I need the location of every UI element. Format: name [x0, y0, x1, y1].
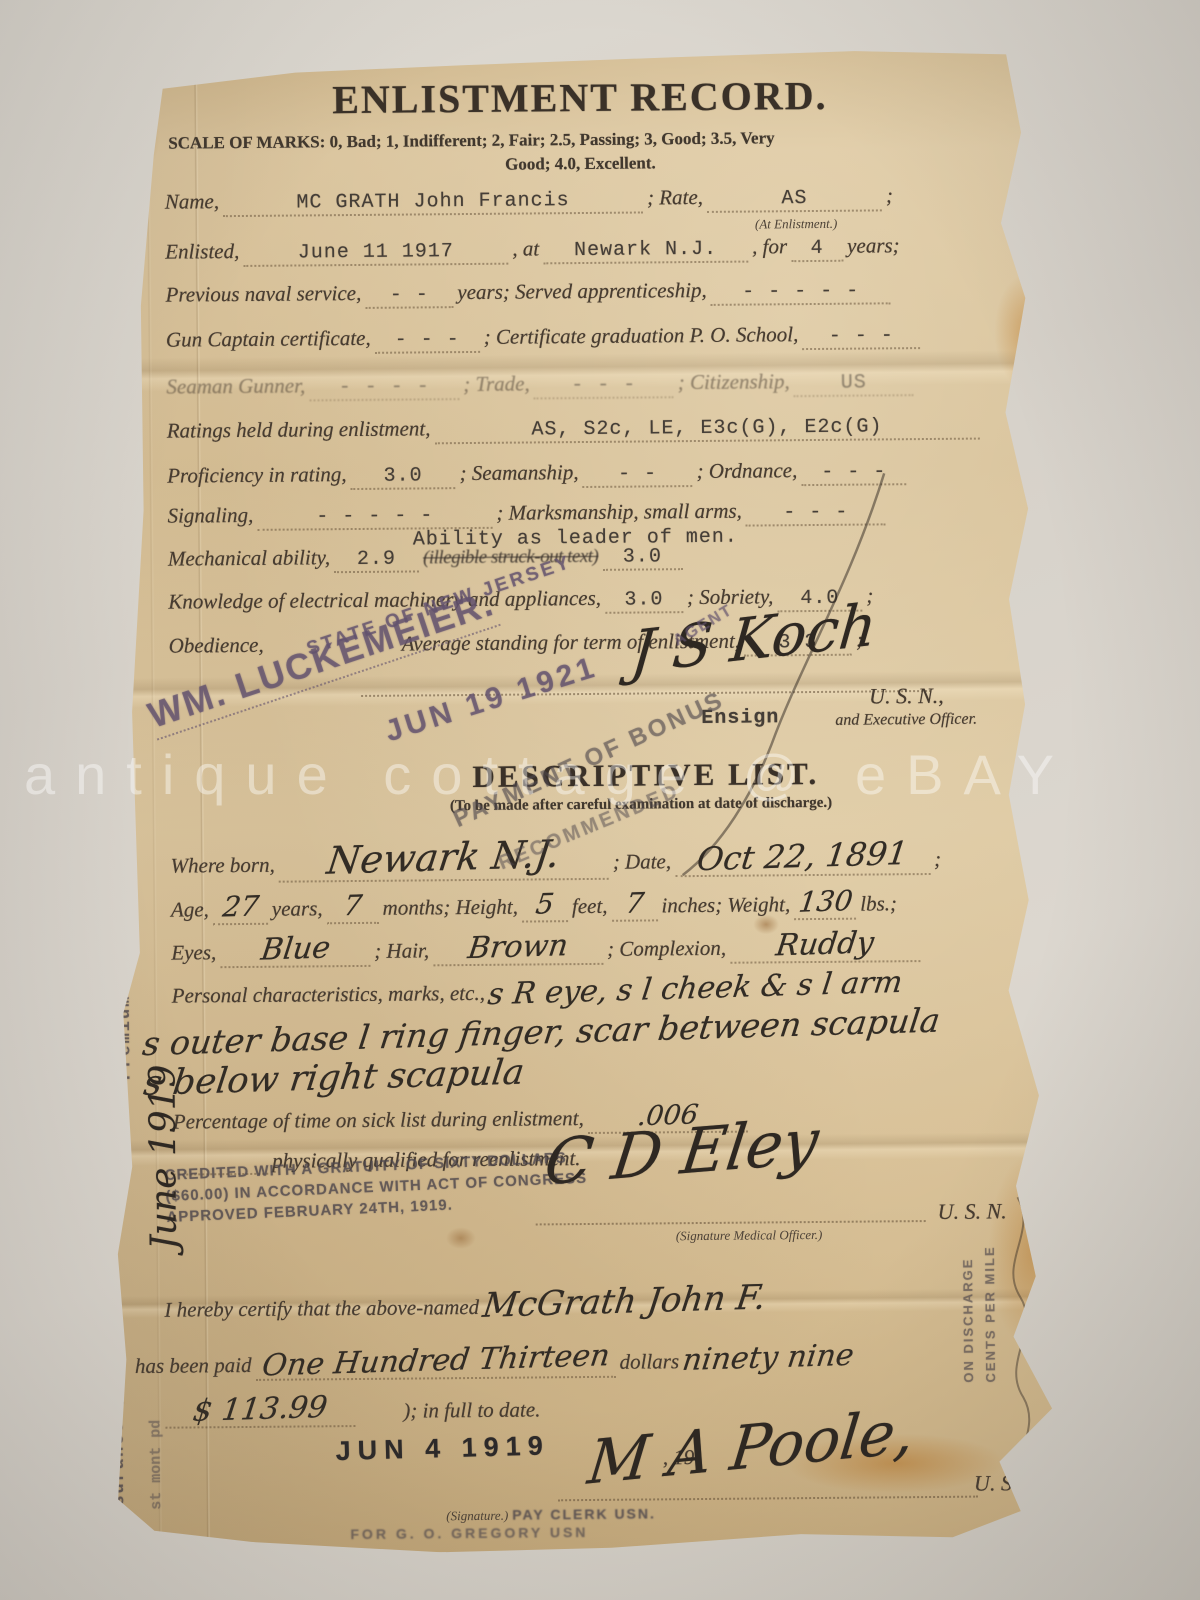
premium-vertical-stamp: Premium $ 3.35 — [115, 870, 136, 1080]
note-text: (At Enlistment.) — [755, 216, 837, 232]
stain — [100, 90, 161, 181]
marksmanship-value: - - - — [783, 501, 848, 525]
gun-label: Gun Captain certificate, — [166, 326, 371, 352]
enlisted-label: Enlisted, — [165, 239, 239, 264]
complexion-label: ; Complexion, — [607, 936, 726, 961]
month-vertical-stamp: st mont pd — [146, 1310, 165, 1510]
marksmanship-label: ; Marksmanship, small arms, — [496, 499, 742, 525]
seaman-value: - - - - — [339, 375, 430, 399]
signaling-label: Signaling, — [167, 503, 253, 528]
obedience-label: Obedience, — [169, 633, 264, 658]
page-title: ENLISTMENT RECORD. — [106, 70, 1054, 125]
usn-text: U. S. N. — [938, 1198, 1007, 1224]
cents-words: ninety nine — [681, 1338, 857, 1378]
ensign-text: Ensign — [701, 706, 779, 730]
signature-label: (Signature.) — [446, 1508, 508, 1524]
amount-figures: $ 113.99 — [191, 1391, 329, 1428]
proficiency-value: 3.0 — [384, 464, 423, 487]
qualified-label: physically qualified for reenlistment. — [272, 1146, 581, 1173]
prev-value: - - — [390, 283, 429, 306]
prev-label: Previous naval service, — [165, 281, 361, 307]
name-value: MC GRATH John Francis — [296, 189, 569, 214]
certify-label: I hereby certify that the above-named — [164, 1295, 479, 1322]
hair-label: ; Hair, — [374, 938, 429, 962]
height-feet-value: 5 — [534, 889, 556, 920]
gun-value2: - - - — [829, 324, 894, 348]
ordnance-label: ; Ordnance, — [696, 458, 797, 483]
seamanship-value: - - — [618, 462, 657, 485]
birthdate-label: ; Date, — [613, 849, 672, 874]
document-paper: ENLISTMENT RECORD. SCALE OF MARKS: 0, Ba… — [105, 42, 1066, 1555]
personal-line3-text: s below right scapula — [141, 1053, 526, 1104]
photo-of-enlistment-record: { "watermark": "antique cottage @ eBAY",… — [0, 0, 1200, 1600]
age-months-value: 7 — [342, 891, 364, 922]
gun-mid-label: ; Certificate graduation P. O. School, — [484, 322, 799, 349]
field-knowledge-electrical: Knowledge of electrical machinery and ap… — [168, 582, 1028, 618]
seaman-label: Seaman Gunner, — [166, 373, 305, 398]
field-seaman-gunner: Seaman Gunner, - - - - ; Trade, - - - ; … — [166, 367, 1026, 403]
medical-usn: U. S. N. — [938, 1198, 1034, 1225]
mechanical-label: Mechanical ability, — [168, 545, 330, 570]
descriptive-list-title: DESCRIPTIVE LIST. — [112, 754, 1060, 798]
complexion-value: Ruddy — [774, 926, 876, 962]
name-label: Name, — [165, 189, 219, 213]
gratuity-line3: APPROVED FEBRUARY 24TH, 1919. — [166, 1189, 588, 1228]
weight-value: 130 — [796, 886, 854, 918]
jun-4-1919-stamp: JUN 4 1919 — [335, 1430, 550, 1467]
in-full-label: ); in full to date. — [403, 1397, 540, 1422]
field-eyes-hair-complexion: Eyes, Blue ; Hair, Brown ; Complexion, R… — [171, 926, 1031, 969]
lbs-label: lbs.; — [860, 891, 897, 915]
mechanical-value: 2.9 — [357, 548, 396, 571]
gun-value: - - - — [395, 328, 460, 352]
dollars-label: dollars — [619, 1349, 679, 1374]
knowledge-value: 3.0 — [624, 588, 663, 611]
hair-value: Brown — [466, 929, 570, 965]
field-gun-captain: Gun Captain certificate, - - - ; Certifi… — [166, 320, 1026, 356]
born-label: Where born, — [170, 853, 274, 878]
field-age-height-weight: Age, 27 years, 7 months; Height, 5 feet,… — [171, 885, 1031, 925]
struck-printed-text: (illegible struck-out text) — [423, 546, 599, 569]
height-label: months; Height, — [382, 895, 518, 920]
rate-label: ; Rate, — [647, 185, 703, 209]
personal-label: Personal characteristics, marks, etc., — [172, 981, 485, 1008]
certify-name: McGrath John F. — [480, 1277, 768, 1325]
ordnance-value: - - - — [821, 460, 886, 484]
age-years-value: 27 — [220, 891, 260, 923]
ratings-value: AS, S2c, LE, E3c(G), E2c(G) — [531, 415, 882, 441]
personal-line2: s outer base l ring finger, scar between… — [144, 1008, 1032, 1055]
trade-value: - - - — [571, 374, 636, 398]
proficiency-label: Proficiency in rating, — [167, 462, 347, 488]
scale-of-marks-line2: Good; 4.0, Excellent. — [106, 150, 1054, 178]
birthdate-value: Oct 22, 1891 — [695, 836, 910, 877]
for-gregory-stamp: FOR G. O. GREGORY USN — [350, 1524, 588, 1542]
years-value: 4 — [811, 237, 824, 260]
field-ratings: Ratings held during enlistment, AS, S2c,… — [167, 411, 1027, 447]
insurance-vertical-stamp: Insurance $2 50 — [108, 1280, 129, 1530]
pay-clerk-line: (Signature.) PAY CLERK USN. — [446, 1502, 1036, 1525]
paymaster-usn: U. S. N. — [974, 1470, 1036, 1497]
trade-label: ; Trade, — [463, 371, 530, 396]
scale-text2: Good; 4.0, Excellent. — [505, 153, 656, 173]
eyes-label: Eyes, — [171, 940, 216, 964]
years-label: years; — [847, 233, 900, 257]
jun-19-1921-stamp: JUN 19 1921 — [381, 650, 602, 749]
seamanship-label: ; Seamanship, — [459, 460, 578, 485]
scale-text: SCALE OF MARKS: 0, Bad; 1, Indifferent; … — [168, 128, 774, 152]
scale-of-marks-line1: SCALE OF MARKS: 0, Bad; 1, Indifferent; … — [168, 126, 1024, 153]
tape-stain — [987, 1152, 1079, 1353]
at-enlistment-note: (At Enlistment.) — [755, 213, 1025, 233]
field-name: Name, MC GRATH John Francis ; Rate, AS ; — [165, 182, 1025, 218]
enlisted-place: Newark N.J. — [574, 238, 717, 262]
june-1919-vertical-hand: June 1919 — [142, 1000, 185, 1250]
enlisted-date: June 11 1917 — [298, 240, 454, 264]
prev-value2: - - - - - — [742, 280, 859, 304]
field-proficiency: Proficiency in rating, 3.0 ; Seamanship,… — [167, 456, 1027, 492]
field-obedience: Obedience, Average standing for term of … — [169, 626, 1029, 662]
eyes-value: Blue — [259, 932, 332, 967]
medical-sig-label: (Signature Medical Officer.) — [676, 1224, 1034, 1245]
height-inches-value: 7 — [624, 888, 646, 919]
medical-signature-line — [536, 1219, 926, 1225]
personal-line3: s below right scapula — [144, 1052, 1032, 1100]
usn-text: U. S. N. — [974, 1470, 1043, 1496]
age-label: Age, — [171, 897, 209, 921]
at-label: , at — [512, 236, 539, 260]
rate-value: AS — [781, 187, 807, 210]
field-where-born: Where born, Newark N.J. ; Date, Oct 22, … — [170, 832, 1030, 883]
citizenship-value: US — [841, 372, 867, 395]
stain — [446, 1227, 476, 1249]
field-mechanical: Mechanical ability, 2.9 Ability as leade… — [168, 539, 1028, 575]
signature-line — [361, 689, 931, 697]
for-label: , for — [752, 234, 787, 258]
executive-officer-text: and Executive Officer. — [835, 711, 977, 729]
feet-label: feet, — [572, 894, 608, 918]
executive-title: and Executive Officer. — [835, 710, 1029, 730]
subtitle-text: (To be made after careful examination at… — [450, 795, 832, 814]
field-enlisted: Enlisted, June 11 1917 , at Newark N.J. … — [165, 232, 1025, 268]
age-years-label: years, — [272, 896, 323, 920]
paymaster-signature-line — [558, 1495, 978, 1502]
signaling-value: - - - - - — [316, 504, 433, 528]
sick-label: Percentage of time on sick list during e… — [173, 1106, 584, 1134]
punct: ; — [934, 847, 941, 871]
paid-label: has been paid — [135, 1353, 252, 1378]
citizenship-label: ; Citizenship, — [678, 369, 790, 394]
punct: ; — [886, 183, 893, 207]
certify-line: I hereby certify that the above-named Mc… — [164, 1278, 1034, 1326]
field-previous-service: Previous naval service, - - years; Serve… — [165, 275, 1025, 311]
knowledge-label: Knowledge of electrical machinery and ap… — [168, 586, 601, 614]
ratings-label: Ratings held during enlistment, — [167, 416, 431, 442]
amount-words: One Hundred Thirteen — [260, 1339, 611, 1382]
weight-label: inches; Weight, — [661, 892, 790, 917]
pay-clerk-stamp: PAY CLERK USN. — [512, 1505, 656, 1522]
paid-line: has been paid One Hundred Thirteen dolla… — [135, 1338, 1035, 1382]
medical-officer-label: (Signature Medical Officer.) — [676, 1227, 823, 1243]
born-value: Newark N.J. — [325, 834, 562, 883]
prev-mid-label: years; Served apprenticeship, — [457, 278, 707, 304]
